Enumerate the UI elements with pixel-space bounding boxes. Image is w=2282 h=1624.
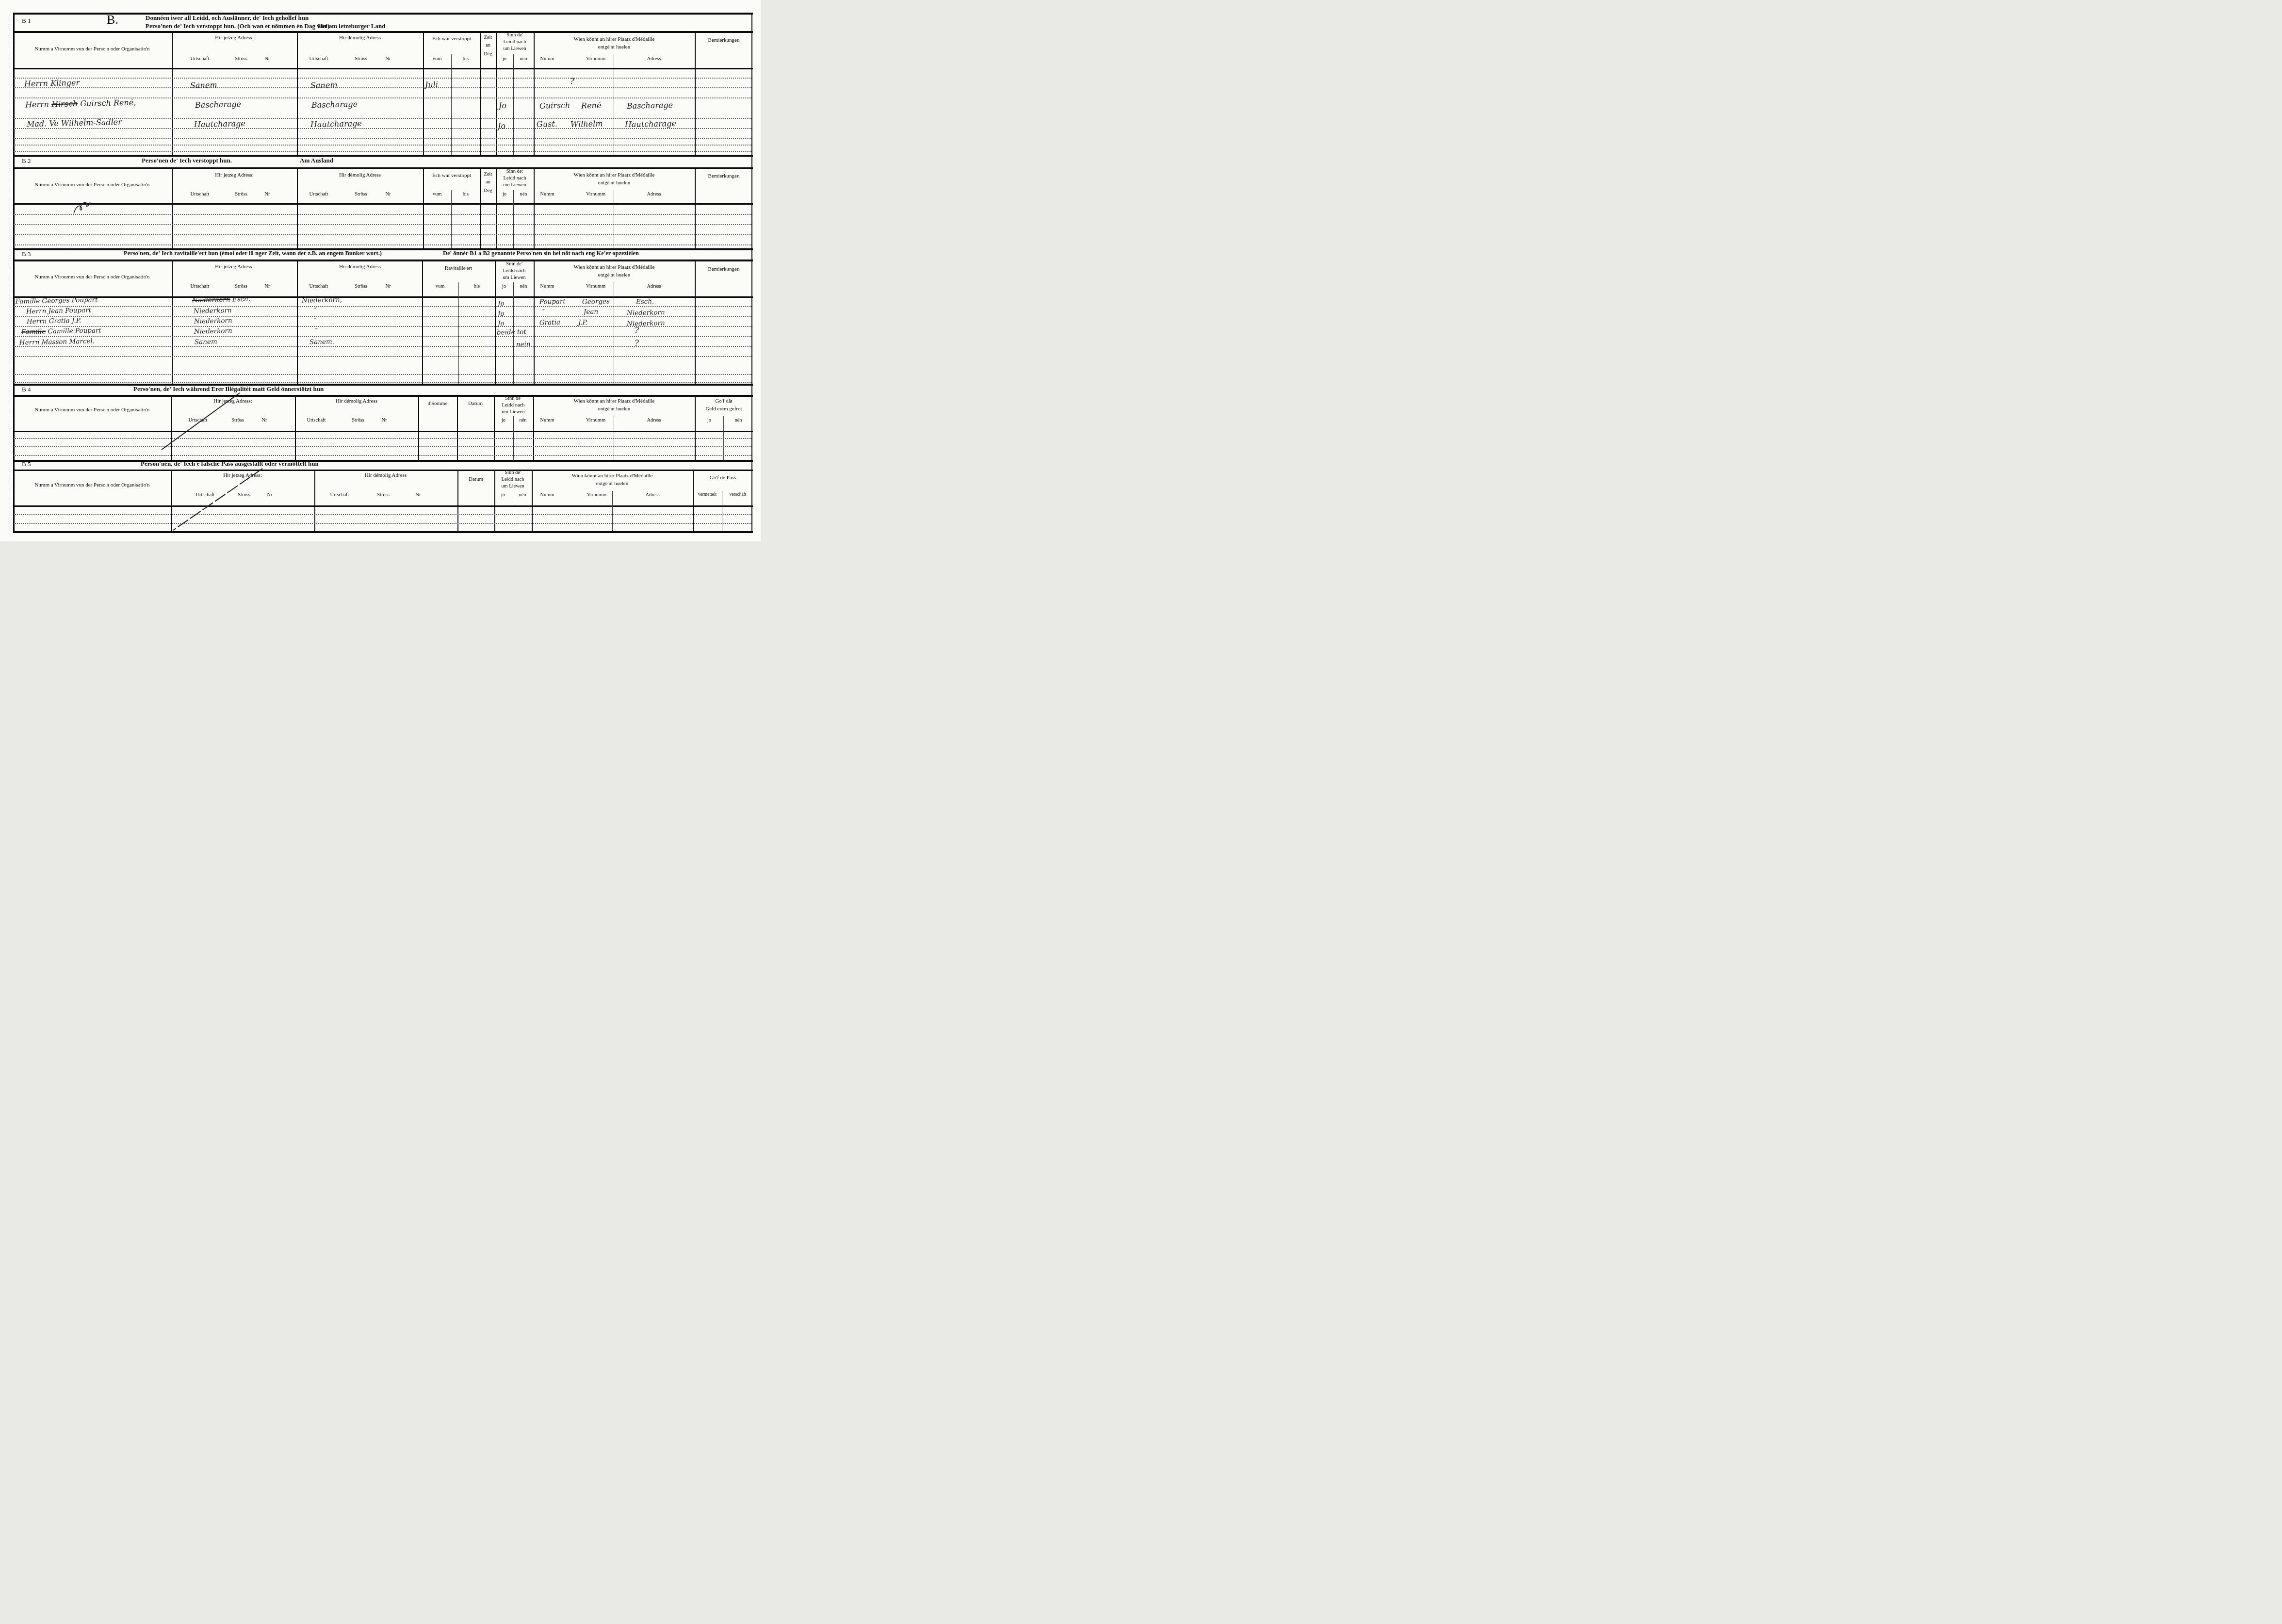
grid-line [457, 471, 458, 531]
hw-name-struck: Famille [21, 328, 46, 336]
hw-jetzeg-struck: Niederkorn [192, 296, 230, 305]
col-header-adress: Adress [647, 418, 661, 423]
dotted-line [14, 336, 751, 337]
dotted-line [14, 138, 751, 139]
hw-nein: nein [516, 341, 531, 348]
col-header-name: Numm a Virnumm vun der Perso'n oder Orga… [34, 182, 149, 188]
grid-line [171, 397, 172, 460]
hw-question-mark: ? [635, 327, 639, 335]
col-header-sinn: Leidd nach [502, 403, 525, 408]
col-header-jo: jo [501, 493, 505, 498]
col-header-zeit: Zeit [484, 35, 492, 41]
col-header-medal: Wien könnt an hirer Plaatz d'Médaille [574, 37, 655, 42]
col-header-stross: Strôss [377, 493, 390, 498]
col-header-numm: Numm [540, 57, 554, 62]
grid-line [13, 431, 753, 432]
grid-line [494, 471, 495, 531]
dotted-line [14, 224, 751, 225]
grid-line [751, 13, 752, 533]
grid-line [695, 261, 696, 384]
col-header-numm: Numm [540, 192, 554, 197]
grid-line [297, 33, 298, 155]
dotted-line [14, 118, 751, 119]
b3-title-b: De' önnér B1 a B2 genannte Perso'nen sin… [443, 250, 639, 257]
col-header-zeit: Dég [484, 52, 492, 57]
col-header-jo: jo [502, 418, 505, 423]
col-header-numm: Numm [540, 418, 554, 423]
col-header-medal: entgé'nt huelen [598, 45, 630, 50]
grid-line [422, 261, 423, 384]
dotted-line [14, 382, 751, 383]
col-header-vum: vum [436, 284, 445, 290]
col-header-jo: jo [707, 418, 711, 423]
hw-name-post: Camille Poupart [46, 326, 101, 335]
col-header-virnumm: Virnumm [586, 192, 605, 197]
grid-line [13, 460, 753, 462]
col-header-urtschaft: Urtschaft [190, 57, 209, 62]
col-header-bemierkungen: Bemierkungen [708, 174, 740, 179]
hw-jo: Jo [499, 102, 506, 110]
col-header-urtschaft: Urtschaft [190, 284, 209, 290]
col-header-demolig-adress: Hir démolig Adress [339, 173, 381, 178]
col-header-gof-geld: Geld erem gefrot [705, 406, 742, 412]
grid-line [695, 33, 696, 155]
hw-demolig: Sanem. [310, 339, 334, 346]
hw-vum: Juli [425, 81, 438, 89]
scanned-form-page: B 1 B. Donnéen iwer all Leidd, och Auslä… [0, 0, 761, 541]
hw-jetzeg: Sanem [195, 339, 217, 346]
col-header-jo: jo [502, 284, 506, 290]
col-header-nr: Nr [267, 493, 272, 498]
col-header-medal: Wien könnt an hirer Plaatz d'Médaille [574, 173, 655, 178]
col-header-stross: Strôss [355, 192, 367, 197]
hw-medal-virnumm: Jean [584, 309, 598, 316]
col-header-nr: Nr [385, 284, 391, 290]
hw-question-mark: ? [635, 340, 639, 348]
grid-line [297, 261, 298, 384]
hw-medal-virnumm: J.P. [578, 320, 588, 326]
hw-medal-virnumm: Wilhelm [570, 120, 603, 128]
hw-name-pre: Herrn [25, 99, 51, 109]
hw-demolig: Niederkorn, [302, 297, 342, 304]
col-header-stross: Strôss [231, 418, 244, 423]
grid-line [495, 261, 496, 384]
dotted-line [14, 346, 751, 347]
col-header-medal: entgé'nt huelen [598, 406, 630, 412]
grid-line [13, 13, 753, 15]
hw-name: Herrn Gratia J.P. [27, 318, 81, 325]
hw-jetzeg: Niederkorn Esch. [192, 296, 251, 304]
hw-name: Famille Georges Poupart [16, 297, 98, 305]
grid-line [695, 397, 696, 460]
col-header-vermettelt: vermettelt [698, 493, 717, 498]
hw-jetzeg-after: Esch. [232, 295, 251, 304]
col-header-demolig-adress: Hir démolig Adress [336, 399, 377, 404]
dotted-line [14, 455, 751, 456]
col-header-zeit: an [486, 43, 490, 49]
col-header-numm: Numm [540, 284, 554, 290]
col-header-jo: jo [503, 192, 506, 197]
hw-name: Mad. Ve Wilhelm-Sadler [27, 118, 122, 128]
col-header-medal: entgé'nt huelen [598, 273, 630, 278]
dotted-line [14, 446, 751, 447]
col-header-stross: Strôss [235, 57, 247, 62]
grid-line [172, 261, 173, 384]
col-header-urtschaft: Urtschaft [190, 192, 209, 197]
grid-line [423, 33, 424, 155]
section-label-b5: B 5 [22, 461, 31, 467]
col-header-jetzeg-adress: Hir jetzeg Adress: [215, 173, 253, 178]
hw-medal-virnumm: Georges [582, 298, 610, 306]
col-header-jetzeg-adress: Hir jetzeg Adress: [223, 473, 261, 478]
col-header-adress: Adress [647, 192, 661, 197]
col-header-nen: nén [519, 493, 526, 498]
col-header-nen: nén [519, 418, 526, 423]
section-label-b3: B 3 [22, 251, 31, 257]
col-header-medal: Wien könnt an hirer Plaatz d'Médaille [574, 399, 655, 404]
col-header-name: Numm a Virnumm vun der Perso'n oder Orga… [34, 47, 149, 52]
col-header-name: Numm a Virnumm vun der Perso'n oder Orga… [34, 275, 149, 280]
hw-name: Herrn Masson Marcel. [19, 338, 95, 346]
col-header-urtschaft: Urtschaft [188, 418, 207, 423]
col-header-adress: Adress [647, 284, 661, 290]
col-header-nr: Nr [385, 57, 391, 62]
col-header-zeit: Zeit [484, 172, 492, 178]
col-header-nen: nén [734, 418, 742, 423]
hw-medal-adress: Niederkorn [627, 309, 665, 317]
hw-name: Herrn Hirsch Guirsch René, [25, 99, 136, 109]
grid-line [451, 54, 452, 155]
hw-jetzeg: Bascharage [195, 100, 242, 109]
col-header-virnumm: Virnumm [586, 418, 605, 423]
grid-line [172, 169, 173, 248]
grid-line [513, 54, 514, 155]
col-header-sinn: um Liewen [502, 410, 525, 415]
grid-line [458, 282, 459, 384]
hw-jo: Jo [498, 301, 505, 308]
col-header-adress: Adress [645, 493, 659, 498]
col-header-adress: Adress [647, 57, 661, 62]
col-header-jetzeg-adress: Hir jetzeg Adress: [215, 35, 253, 41]
col-header-virnumm: Virnumm [586, 57, 605, 62]
dotted-line [14, 151, 751, 152]
section-label-b2: B 2 [22, 158, 31, 164]
col-header-medal: entgé'nt huelen [596, 481, 628, 487]
col-header-stross: Strôss [352, 418, 364, 423]
col-header-sinn: Sinn de' [505, 471, 521, 476]
col-header-name: Numm a Virnumm vun der Perso'n oder Orga… [34, 407, 149, 413]
hw-name: Famille Camille Poupart [21, 327, 101, 336]
grid-line [13, 68, 753, 69]
grid-line [13, 384, 753, 386]
col-header-zeit: an [486, 180, 490, 185]
b1-title-line2b: Hei am letzeburger Land [318, 23, 386, 29]
col-header-sinn: um Liewen [503, 183, 526, 188]
dotted-line [14, 234, 751, 235]
grid-line [314, 471, 315, 531]
hw-medal-numm: Gust. [537, 120, 557, 129]
col-header-dsomme: d'Somme [427, 401, 447, 406]
col-header-bis: bis [463, 192, 469, 197]
hw-question-mark: ? [570, 78, 574, 86]
col-header-sinn: um Liewen [503, 47, 526, 52]
grid-line [534, 169, 535, 248]
grid-line [13, 155, 753, 157]
hw-jetzeg: Niederkorn [194, 318, 232, 325]
col-header-bemierkungen: Bemierkungen [708, 38, 740, 43]
col-header-nen: nén [520, 57, 527, 62]
col-header-nr: Nr [381, 418, 387, 423]
col-header-urtschaft: Urtschaft [196, 493, 214, 498]
col-header-demolig-adress: Hir démolig Adress [339, 35, 381, 41]
page-fold-line [10, 15, 10, 536]
col-header-sinn: Sinn de: [506, 169, 523, 175]
col-header-nr: Nr [264, 284, 270, 290]
grid-line [614, 190, 614, 248]
col-header-sinn: Leidd nach [502, 477, 524, 483]
grid-line [533, 397, 534, 460]
hw-demolig: Sanem [310, 81, 338, 89]
hw-medal-virnumm: René [581, 102, 602, 110]
col-header-jetzeg-adress: Hir jetzeg Adress: [215, 264, 253, 270]
col-header-nen: nén [520, 192, 527, 197]
hw-demolig: Bascharage [311, 100, 358, 109]
col-header-sinn: Leidd nach [504, 176, 526, 181]
b5-title: Person'nen, de' Iech é falsche Pass ausg… [141, 460, 319, 467]
grid-line [534, 261, 535, 384]
col-header-vum: vum [433, 57, 442, 62]
col-header-nr: Nr [264, 57, 270, 62]
b1-title-line1: Donnéen iwer all Leidd, och Auslänner, d… [146, 15, 309, 21]
grid-line [451, 190, 452, 248]
col-header-vum: vum [433, 192, 442, 197]
col-header-sinn: Sinn de' [506, 33, 523, 38]
hw-medal-numm: ″ [542, 309, 545, 316]
hw-medal-adress: Hautcharage [625, 120, 676, 129]
col-header-jetzeg-adress: Hir jetzeg Adress: [213, 399, 252, 404]
section-label-b1: B 1 [22, 17, 31, 24]
hw-medal-numm: Guirsch [539, 101, 570, 110]
hw-jetzeg: Hautcharage [194, 120, 245, 129]
grid-line [13, 531, 753, 533]
col-header-zeit: Dég [484, 189, 492, 194]
col-header-ravitailleert: Ravitaille'ert [445, 266, 472, 271]
col-header-gof-pass: Go'f de Pass [710, 475, 736, 481]
b1-title-line2: Perso'nen de' Iech verstoppt hun. (Och w… [146, 23, 329, 29]
grid-line [513, 190, 514, 248]
col-header-sinn: Leidd nach [504, 40, 526, 45]
col-header-nr: Nr [261, 418, 267, 423]
dotted-line [14, 145, 751, 146]
grid-line [693, 471, 694, 531]
hw-jetzeg: Niederkorn [194, 308, 232, 315]
col-header-medal: Wien könnt an hirer Plaatz d'Médaille [572, 473, 653, 479]
section-letter-b: B. [107, 14, 118, 26]
grid-line [614, 54, 614, 155]
hw-name: Herrn Jean Poupart [26, 308, 91, 315]
b2-title-b: Am Ausland [300, 157, 333, 163]
col-header-sinn: Leidd nach [503, 269, 526, 274]
hw-medal-numm: Gratia [539, 320, 560, 326]
hw-medal-adress: Niederkorn [627, 320, 665, 327]
grid-line [172, 33, 173, 155]
grid-line [695, 169, 696, 248]
b4-title: Perso'nen, de' Iech während Erer Illégal… [133, 386, 324, 392]
grid-line [13, 167, 753, 169]
b2-title: Perso'nen de' Iech verstoppt hun. [142, 157, 232, 163]
col-header-demolig-adress: Hir démolig Adress [365, 473, 407, 478]
col-header-numm: Numm [540, 493, 554, 498]
hw-jetzeg: Niederkorn [194, 328, 232, 335]
grid-line [297, 169, 298, 248]
col-header-demolig-adress: Hir démolig Adress [339, 264, 381, 270]
hw-name-struck: Hirsch [51, 99, 78, 109]
grid-line [13, 395, 753, 397]
col-header-urtschaft: Urtschaft [330, 493, 349, 498]
col-header-verstoppt: Ech war verstoppt [432, 173, 471, 179]
hw-ditto: ″ [315, 328, 318, 335]
grid-line [532, 471, 533, 531]
grid-line [171, 471, 172, 531]
hw-liewen-note: beide tot [497, 329, 526, 336]
grid-line [13, 31, 753, 33]
dotted-line [14, 374, 751, 375]
col-header-bemierkungen: Bemierkungen [708, 267, 740, 272]
grid-line [13, 505, 753, 507]
hw-name-post: Guirsch René, [78, 98, 136, 109]
col-header-nr: Nr [415, 493, 421, 498]
dotted-line [14, 78, 751, 79]
hw-medal-adress: Esch, [636, 299, 654, 306]
hw-jo: Jo [498, 122, 505, 130]
col-header-urtschaft: Urtschaft [307, 418, 326, 423]
dotted-line [14, 244, 751, 245]
col-header-virnumm: Virnumm [586, 284, 605, 290]
grid-line [423, 169, 424, 248]
col-header-urtschaft: Urtschaft [309, 192, 328, 197]
hw-demolig: Hautcharage [310, 120, 362, 129]
col-header-urtschaft: Urtschaft [309, 57, 328, 62]
col-header-sinn: um Liewen [501, 484, 524, 489]
hw-jetzeg: Sanem [190, 81, 217, 89]
hw-name: Herrn Klinger [24, 79, 80, 88]
grid-line [496, 33, 497, 155]
dotted-line [14, 523, 751, 524]
col-header-sinn: um Liewen [503, 276, 526, 281]
grid-line [614, 282, 614, 384]
grid-line [13, 203, 753, 205]
hw-ditto: ″ [314, 318, 317, 325]
dotted-line [14, 356, 751, 357]
hw-ditto: ″ [314, 308, 317, 314]
col-header-nen: nén [520, 284, 527, 290]
grid-line [13, 260, 753, 261]
col-header-bis: bis [474, 284, 480, 290]
col-header-sinn: Sinn de' [506, 262, 522, 267]
dotted-line [14, 214, 751, 215]
b3-title: Perso'nen, de' Iech ravitaille'ert hun (… [124, 250, 382, 257]
hw-medal-numm: Poupart [539, 298, 566, 306]
col-header-jo: jo [503, 57, 506, 62]
col-header-bis: bis [463, 57, 469, 62]
grid-line [534, 33, 535, 155]
hw-medal-adress: Bascharage [627, 101, 673, 110]
hw-jo: Jo [498, 321, 505, 327]
col-header-name: Numm a Virnumm vun der Perso'n oder Orga… [34, 483, 149, 488]
col-header-medal: Wien könnt an hirer Plaatz d'Médaille [574, 265, 655, 270]
grid-line [494, 397, 495, 460]
grid-line [496, 169, 497, 248]
col-header-nr: Nr [385, 192, 391, 197]
section-label-b4: B 4 [22, 386, 31, 392]
grid-line [418, 397, 419, 460]
dotted-line [14, 87, 751, 88]
hw-jo: Jo [498, 311, 505, 318]
dotted-line [14, 514, 751, 515]
col-header-datum: Datum [469, 477, 483, 482]
col-header-stross: Strôss [355, 57, 367, 62]
col-header-stross: Strôss [235, 192, 247, 197]
col-header-gof-geld: Go'f dât [715, 399, 732, 404]
col-header-nr: Nr [264, 192, 270, 197]
grid-line [480, 33, 481, 155]
grid-line [722, 491, 722, 531]
dotted-line [14, 438, 751, 439]
grid-line [13, 470, 753, 471]
col-header-stross: Strôss [238, 493, 250, 498]
grid-line [295, 397, 296, 460]
grid-line [612, 491, 613, 531]
grid-line [457, 397, 458, 460]
col-header-sinn: Sinn de' [505, 396, 522, 402]
grid-line [513, 491, 513, 531]
col-header-medal: entgé'nt huelen [598, 180, 630, 186]
col-header-urtschaft: Urtschaft [309, 284, 328, 290]
col-header-datum: Datum [468, 401, 483, 406]
dotted-line [14, 306, 751, 307]
col-header-verstoppt: Ech war verstoppt [432, 36, 471, 42]
grid-line [480, 169, 481, 248]
col-header-verschaeft: verschäft [730, 493, 747, 498]
col-header-stross: Strôss [235, 284, 247, 290]
col-header-virnumm: Virnumm [587, 493, 606, 498]
col-header-stross: Strôss [355, 284, 367, 290]
